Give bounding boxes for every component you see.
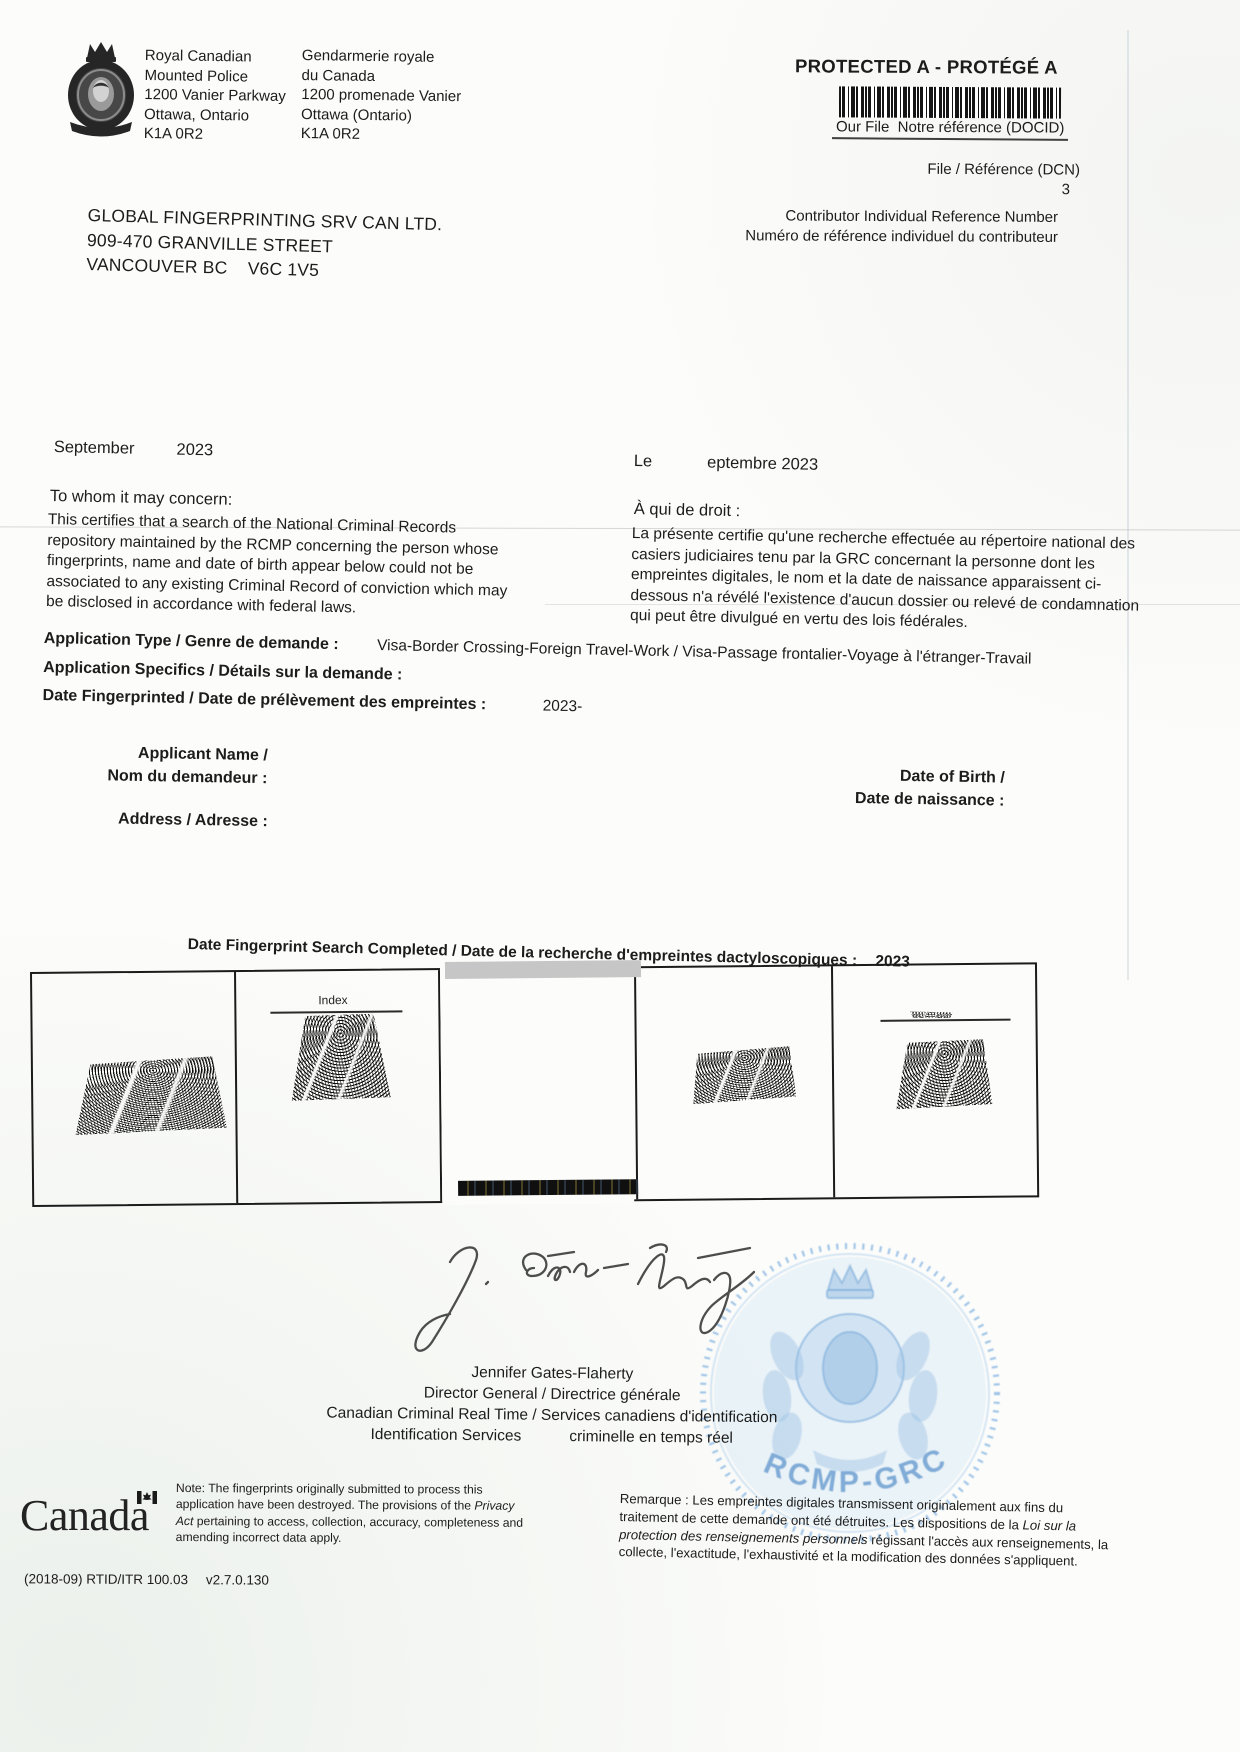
note-fr-pre: Remarque : Les empreintes digitales tran…	[619, 1491, 1063, 1532]
cell-divider	[234, 972, 238, 1203]
canada-flag-icon	[137, 1491, 157, 1504]
index-finger-label: Index	[318, 993, 347, 1007]
address-line: 1200 promenade Vanier	[301, 85, 461, 107]
address-line: Royal Canadian	[145, 46, 287, 67]
privacy-note-en: Note: The fingerprints originally submit…	[176, 1480, 532, 1547]
fingerprint-impression	[75, 1051, 232, 1137]
address-line: Ottawa (Ontario)	[301, 104, 461, 126]
redaction-black-strip	[458, 1179, 638, 1196]
canada-wordmark: Canada	[20, 1494, 149, 1538]
address-line: K1A 0R2	[144, 124, 286, 145]
date-fingerprinted-value: 2023-	[542, 697, 582, 715]
privacy-note-fr: Remarque : Les empreintes digitales tran…	[619, 1490, 1120, 1572]
scanned-rcmp-certificate: Royal Canadian Mounted Police 1200 Vanie…	[0, 0, 1240, 1752]
file-reference-value: 3	[1020, 181, 1070, 198]
form-number: (2018-09) RTID/ITR 100.03	[24, 1571, 188, 1587]
form-version: v2.7.0.130	[206, 1572, 269, 1587]
redaction-whiteout	[440, 962, 634, 1205]
our-file-label: Our File Notre référence (DOCID)	[836, 118, 1064, 136]
agency-address-en: Royal Canadian Mounted Police 1200 Vanie…	[144, 46, 287, 145]
cell-divider	[831, 966, 835, 1197]
applicant-name-label-en: Applicant Name /	[86, 742, 268, 768]
cell-divider	[634, 968, 638, 1199]
thumb-label-underline	[880, 1019, 1010, 1022]
application-details-block: Application Type / Genre de demande : Vi…	[42, 630, 1031, 736]
application-type-label: Application Type / Genre de demande :	[44, 630, 339, 653]
salutation-fr: À qui de droit :	[634, 500, 741, 521]
signature-icon	[398, 1232, 768, 1372]
date-month: September	[54, 438, 135, 458]
address-line: Ottawa, Ontario	[144, 104, 286, 125]
rcmp-crest-icon	[60, 38, 142, 140]
signatory-org-line2-en: Identification Services	[370, 1424, 521, 1447]
note-en-pre: Note: The fingerprints originally submit…	[176, 1481, 483, 1513]
note-en-post: pertaining to access, collection, accura…	[176, 1514, 523, 1545]
salutation-en: To whom it may concern:	[50, 487, 233, 510]
protected-classification-label: PROTECTED A - PROTÉGÉ A	[795, 55, 1058, 78]
signatory-org-line2-fr: criminelle en temps réel	[569, 1426, 733, 1449]
docid-barcode	[839, 86, 1061, 118]
fingerprint-impression	[285, 1013, 396, 1102]
date-year: 2023	[176, 441, 213, 460]
fingerprint-smudge	[910, 1011, 952, 1018]
certification-paragraph-en: This certifies that a search of the Nati…	[46, 510, 510, 622]
address-line: K1A 0R2	[301, 124, 461, 146]
contributor-label-en: Contributor Individual Reference Number	[700, 206, 1058, 227]
scan-clip-line	[832, 137, 1068, 141]
redaction-gray-bar	[445, 960, 641, 979]
canada-wordmark-text: Canada	[20, 1491, 149, 1540]
address-label: Address / Adresse :	[86, 808, 268, 834]
letter-date-fr: Leeptembre 2023	[634, 452, 819, 475]
signatory-block: Jennifer Gates-Flaherty Director General…	[279, 1360, 825, 1450]
file-reference-label: File / Référence (DCN)	[858, 160, 1080, 178]
date-of-birth-label: Date of Birth / Date de naissance :	[799, 764, 1005, 813]
recipient-address-block: GLOBAL FINGERPRINTING SRV CAN LTD. 909-4…	[86, 203, 442, 286]
form-number-line: (2018-09) RTID/ITR 100.03 v2.7.0.130	[24, 1571, 269, 1587]
date-fr-partial: eptembre 2023	[707, 454, 818, 474]
fingerprint-impression	[896, 1038, 994, 1111]
fingerprint-impressions-box: Index	[30, 962, 1039, 1207]
address-line: Gendarmerie royale	[302, 46, 462, 68]
date-fr-prefix: Le	[634, 452, 653, 470]
address-line: 1200 Vanier Parkway	[144, 85, 286, 106]
fingerprint-impression	[691, 1044, 799, 1107]
contributor-reference-label: Contributor Individual Reference Number …	[700, 206, 1058, 247]
index-label-underline	[270, 1010, 402, 1013]
applicant-name-label-fr: Nom du demandeur :	[85, 764, 267, 790]
certification-paragraph-fr: La présente certifie qu'une recherche ef…	[630, 524, 1144, 637]
contributor-label-fr: Numéro de référence individuel du contri…	[700, 226, 1058, 247]
dob-label-fr: Date de naissance :	[799, 786, 1004, 812]
address-line: Mounted Police	[144, 65, 286, 86]
address-line: du Canada	[301, 65, 461, 87]
scan-fold-line	[1127, 30, 1129, 980]
application-type-value: Visa-Border Crossing-Foreign Travel-Work…	[377, 637, 1032, 668]
letter-date-en: September2023	[54, 438, 214, 460]
agency-address-fr: Gendarmerie royale du Canada 1200 promen…	[301, 46, 462, 146]
applicant-name-label: Applicant Name / Nom du demandeur :	[85, 742, 268, 790]
rcmp-crest-logo	[60, 38, 142, 145]
handwritten-signature	[398, 1232, 768, 1377]
